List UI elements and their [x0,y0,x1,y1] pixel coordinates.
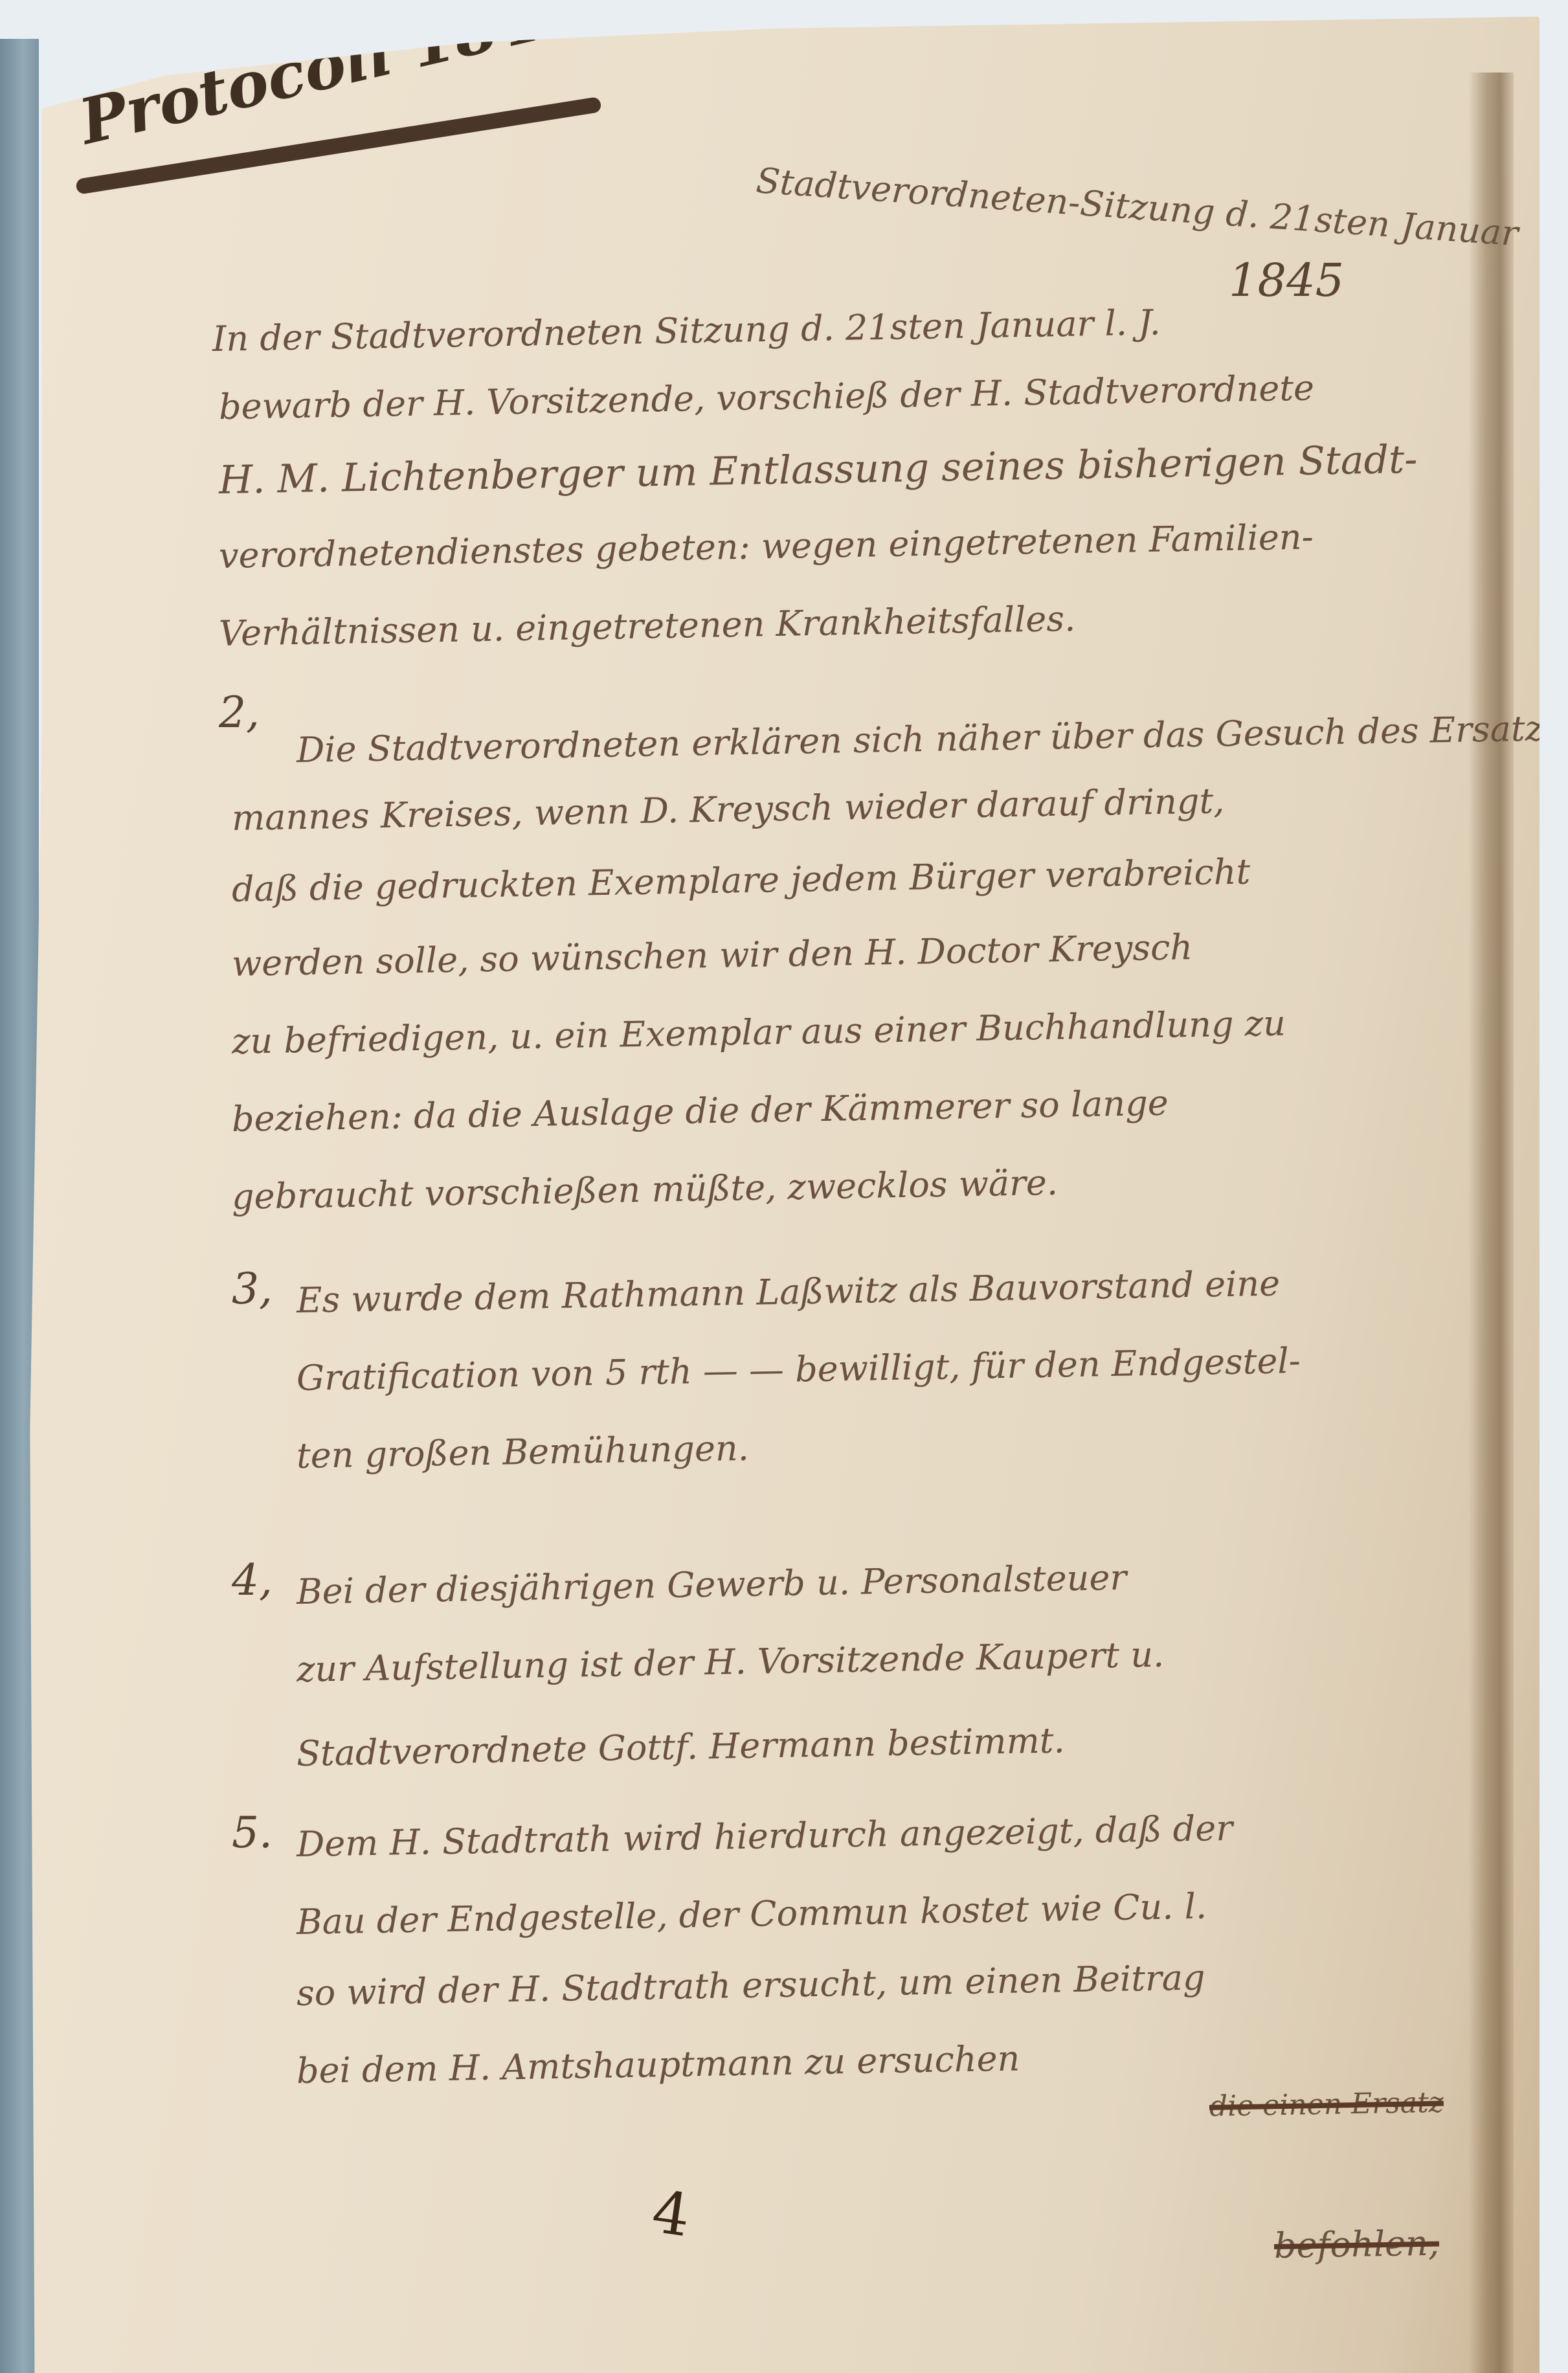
item-number: 2, [219,688,260,737]
text-line: beziehen: da die Auslage die der Kämmere… [232,1086,1169,1137]
struck-text: die einen Ersatz [1209,2089,1444,2121]
text-line: bei dem H. Amtshauptmann zu ersuchen [297,2041,1020,2089]
text-line: werden solle, so wünschen wir den H. Doc… [232,930,1193,982]
text-line: Dem H. Stadtrath wird hierdurch angezeig… [297,1811,1233,1862]
text-line: daß die gedruckten Exemplare jedem Bürge… [232,855,1251,907]
ink-mark: 4 [648,2178,694,2251]
text-line: gebraucht vorschießen müßte, zwecklos wä… [232,1165,1058,1215]
text-line: Bei der diesjährigen Gewerb u. Personals… [297,1560,1127,1610]
text-line: Es wurde dem Rathmann Laßwitz als Bauvor… [297,1266,1281,1318]
page-heading: Protocoll 1845. [73,0,610,159]
item-number: 5. [232,1808,273,1858]
session-year: 1845 [1229,254,1344,307]
text-line: In der Stadtverordneten Sitzung d. 21ste… [212,305,1161,357]
text-line: H. M. Lichtenberger um Entlassung seines… [218,440,1417,500]
text-line: Stadtverordnete Gottf. Hermann bestimmt. [297,1723,1066,1771]
text-line: so wird der H. Stadtrath ersucht, um ein… [297,1961,1205,2011]
text-line: Die Stadtverordneten erklären sich näher… [297,711,1556,768]
text-line: verordnetendienstes gebeten: wegen einge… [219,519,1314,574]
struck-footer: befohlen, [1274,2226,1440,2264]
text-line: zu befriedigen, u. ein Exemplar aus eine… [232,1006,1286,1059]
item-number: 3, [232,1264,273,1314]
text-line: Verhältnissen u. eingetretenen Krankheit… [219,602,1076,651]
text-line: bewarb der H. Vorsitzende, vorschieß der… [219,370,1315,425]
manuscript-page: Protocoll 1845. Stadtverordneten-Sitzung… [12,14,1540,2373]
text-line: ten großen Bemühungen. [297,1431,750,1474]
text-line: Gratification von 5 rth — — bewilligt, f… [297,1344,1301,1396]
page-gutter-shadow [1468,73,1514,2373]
text-line: mannes Kreises, wenn D. Kreysch wieder d… [232,783,1225,836]
item-number: 4, [232,1555,273,1605]
text-line: zur Aufstellung ist der H. Vorsitzende K… [297,1637,1165,1687]
text-line: Bau der Endgestelle, der Commun kostet w… [297,1889,1207,1940]
session-title: Stadtverordneten-Sitzung d. 21sten Janua… [755,160,1519,254]
